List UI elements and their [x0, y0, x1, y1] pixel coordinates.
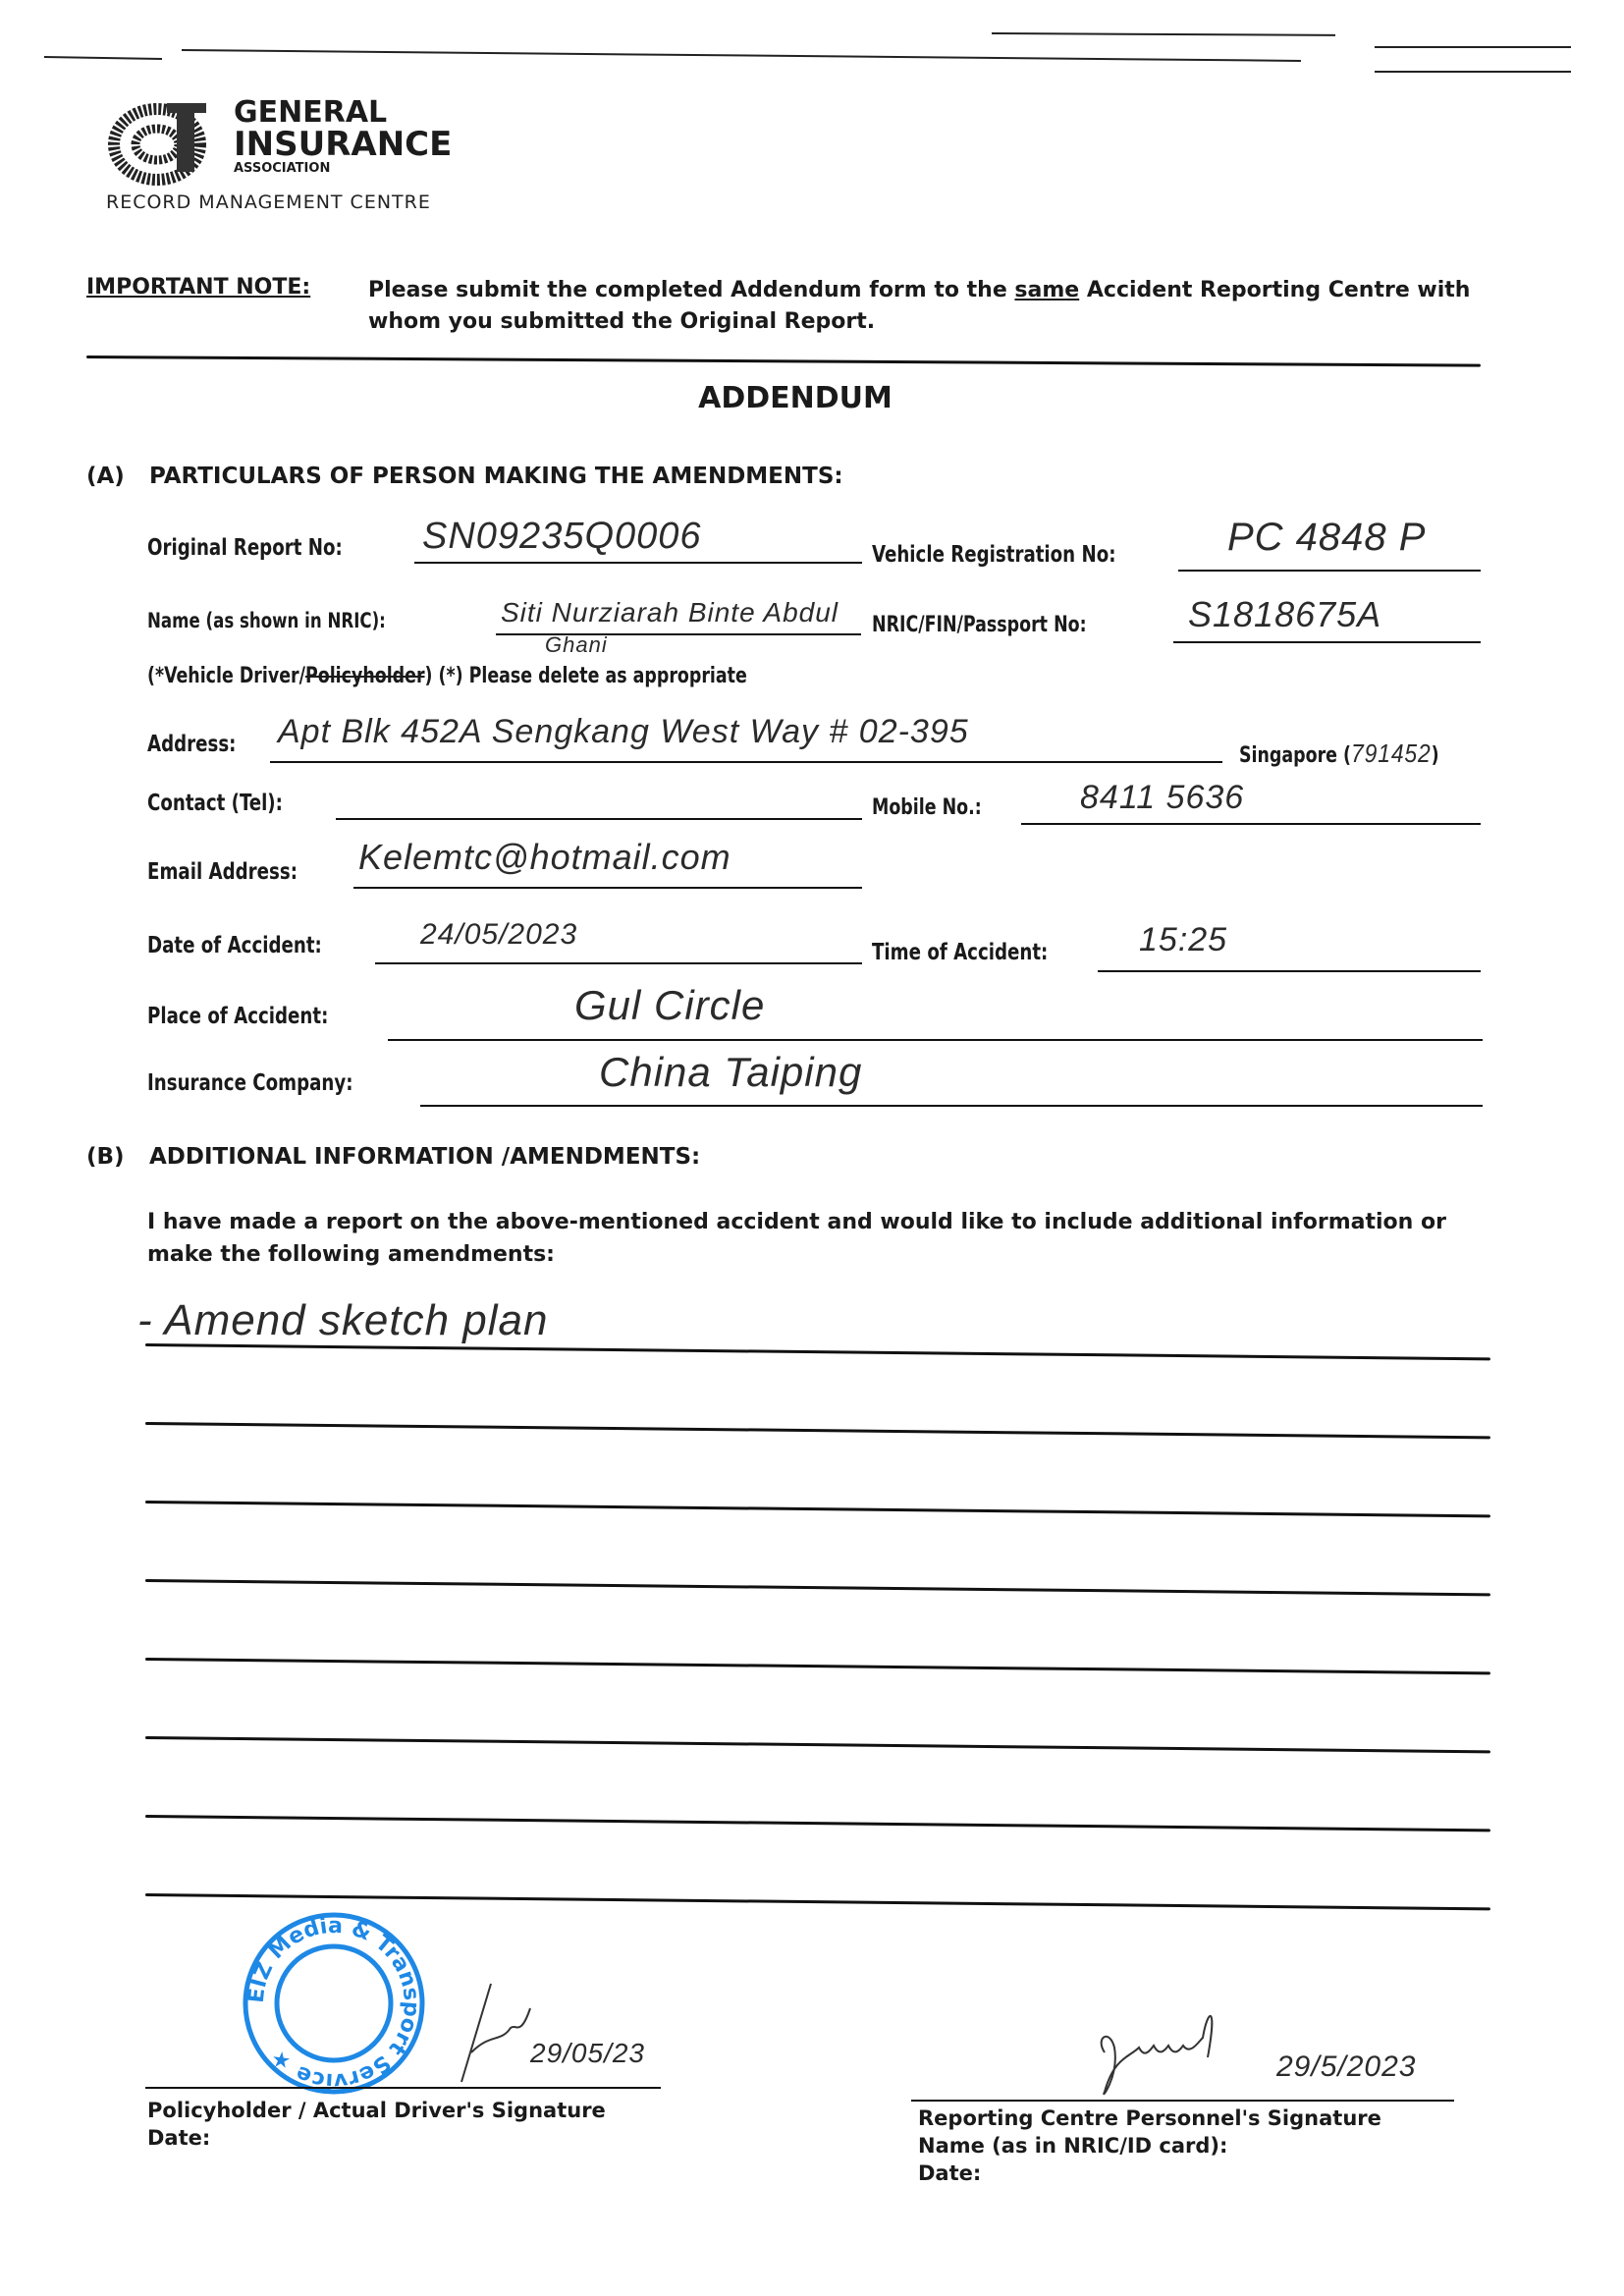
reporting-centre-signature-line — [911, 2100, 1454, 2102]
section-b-letter: (B) — [86, 1144, 125, 1170]
name-value[interactable]: Siti Nurziarah Binte Abdul — [501, 597, 839, 629]
name-label: Name (as shown in NRIC): — [147, 609, 386, 632]
policyholder-label: Policyholder / Actual Driver's Signature — [147, 2097, 606, 2124]
vehicle-reg-value[interactable]: PC 4848 P — [1227, 516, 1426, 560]
gia-logo-icon — [108, 93, 216, 187]
place-of-accident-label: Place of Accident: — [147, 1004, 328, 1029]
amendment-line — [145, 1736, 1490, 1753]
amendment-text[interactable]: - Amend sketch plan — [137, 1296, 548, 1345]
time-of-accident-label: Time of Accident: — [872, 940, 1048, 965]
company-stamp-icon: EIZ Media & Transport Service ★ — [241, 1910, 427, 2097]
reporting-centre-label: Reporting Centre Personnel's Signature — [918, 2105, 1381, 2132]
role-row: (*Vehicle Driver/Policyholder) (*) Pleas… — [147, 664, 747, 688]
original-report-line — [414, 562, 862, 564]
date-of-accident-line — [375, 962, 862, 964]
country-suffix: ) — [1432, 743, 1439, 768]
address-label: Address: — [147, 732, 236, 757]
section-a-letter: (A) — [86, 464, 125, 489]
place-of-accident-line — [388, 1039, 1483, 1041]
section-b-intro: I have made a report on the above-mentio… — [147, 1206, 1492, 1271]
logo-subtitle: RECORD MANAGEMENT CENTRE — [106, 191, 431, 213]
policyholder-sign-date[interactable]: 29/05/23 — [530, 2038, 645, 2069]
email-value[interactable]: Kelemtc@hotmail.com — [358, 837, 731, 878]
policyholder-signature-icon — [452, 1974, 540, 2096]
reporting-centre-signature-icon — [1080, 1998, 1276, 2110]
page-title: ADDENDUM — [0, 381, 1591, 415]
email-line — [353, 887, 862, 889]
policyholder-date-label: Date: — [147, 2124, 606, 2152]
reporting-centre-sign-date[interactable]: 29/5/2023 — [1276, 2050, 1416, 2084]
section-a-heading: PARTICULARS OF PERSON MAKING THE AMENDME… — [149, 464, 843, 489]
reporting-centre-name-label: Name (as in NRIC/ID card): — [918, 2132, 1381, 2159]
important-note-text: Please submit the completed Addendum for… — [368, 275, 1478, 338]
insurance-company-line — [420, 1105, 1483, 1107]
email-label: Email Address: — [147, 859, 298, 885]
contact-tel-line — [336, 818, 862, 820]
header-divider — [86, 355, 1481, 367]
mobile-line — [1021, 823, 1481, 825]
time-of-accident-line — [1098, 970, 1481, 972]
nric-value[interactable]: S1818675A — [1188, 594, 1381, 635]
postal-code-value[interactable]: 791452 — [1351, 738, 1432, 768]
role-prefix: (* — [147, 664, 164, 688]
original-report-value[interactable]: SN09235Q0006 — [422, 516, 702, 558]
name-line — [496, 633, 861, 635]
original-report-label: Original Report No: — [147, 535, 343, 561]
nric-line — [1173, 641, 1481, 643]
role-option-vehicle-driver[interactable]: Vehicle Driver — [164, 664, 299, 688]
vehicle-reg-label: Vehicle Registration No: — [872, 542, 1116, 568]
policyholder-signature-line — [145, 2087, 661, 2089]
scan-border-top-right-3 — [1375, 46, 1571, 48]
role-option-policyholder[interactable]: Policyholder — [305, 664, 425, 688]
reporting-centre-date-label: Date: — [918, 2159, 1381, 2187]
address-line — [270, 761, 1222, 763]
time-of-accident-value[interactable]: 15:25 — [1139, 921, 1227, 959]
note-emphasis: same — [1014, 278, 1079, 302]
mobile-value[interactable]: 8411 5636 — [1080, 779, 1244, 817]
amendment-line — [145, 1422, 1490, 1439]
amendment-line — [145, 1815, 1490, 1831]
amendment-line — [145, 1658, 1490, 1674]
nric-label: NRIC/FIN/Passport No: — [872, 613, 1087, 637]
scan-border-top — [182, 49, 1301, 62]
amendment-line — [145, 1343, 1490, 1360]
contact-tel-label: Contact (Tel): — [147, 791, 283, 816]
insurance-company-value[interactable]: China Taiping — [599, 1049, 862, 1096]
logo-line1: GENERAL — [234, 98, 452, 128]
logo-line2: INSURANCE — [234, 128, 452, 161]
amendment-line — [145, 1579, 1490, 1596]
address-value[interactable]: Apt Blk 452A Sengkang West Way # 02-395 — [278, 713, 969, 751]
mobile-label: Mobile No.: — [872, 795, 982, 820]
insurance-company-label: Insurance Company: — [147, 1070, 353, 1096]
date-of-accident-label: Date of Accident: — [147, 933, 322, 958]
section-b-heading: ADDITIONAL INFORMATION /AMENDMENTS: — [149, 1144, 700, 1170]
scan-border-top-right-2 — [1375, 71, 1571, 73]
important-note-label: IMPORTANT NOTE: — [86, 275, 310, 300]
date-of-accident-value[interactable]: 24/05/2023 — [420, 918, 577, 952]
scan-border-top-left — [44, 56, 162, 60]
place-of-accident-value[interactable]: Gul Circle — [574, 982, 765, 1029]
amendment-line — [145, 1501, 1490, 1517]
reporting-centre-signature-block: Reporting Centre Personnel's Signature N… — [918, 2105, 1381, 2187]
note-text-before: Please submit the completed Addendum for… — [368, 278, 1014, 302]
scan-border-top-right — [992, 32, 1335, 36]
name-value-line2[interactable]: Ghani — [545, 632, 608, 658]
logo-wordmark: GENERAL INSURANCE ASSOCIATION — [234, 98, 452, 177]
amendment-line — [145, 1893, 1490, 1910]
role-suffix: ) (*) Please delete as appropriate — [425, 664, 747, 688]
singapore-postal: Singapore (791452) — [1239, 738, 1439, 769]
policyholder-signature-label: Policyholder / Actual Driver's Signature… — [147, 2097, 606, 2152]
vehicle-reg-line — [1178, 570, 1481, 572]
country-label: Singapore ( — [1239, 743, 1351, 768]
